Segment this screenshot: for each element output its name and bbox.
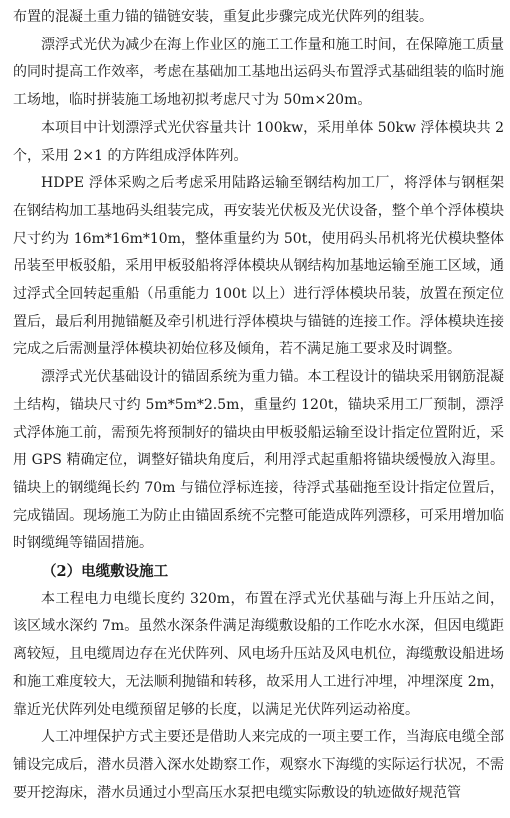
heading-cable-laying-construction: （2）电缆敷设施工 — [13, 558, 504, 586]
paragraph-power-cable-layout: 本工程电力电缆长度约 320m，布置在浮式光伏基础与海上升压站之间，该区域水深约… — [13, 586, 504, 725]
paragraph-hdpe-float-transport-install: HDPE 浮体采购之后考虑采用陆路运输至钢结构加工厂，将浮体与钢框架在钢结构加工… — [13, 170, 504, 364]
paragraph-manual-jet-burial-protection: 人工冲埋保护方式主要还是借助人来完成的一项主要工作，当海底电缆全部铺设完成后，潜… — [13, 724, 504, 807]
paragraph-array-assembly-continuation: 布置的混凝土重力锚的锚链安装，重复此步骤完成光伏阵列的组装。 — [13, 4, 504, 32]
paragraph-temporary-assembly-site: 漂浮式光伏为减少在海上作业区的施工工作量和施工时间，在保障施工质量的同时提高工作… — [13, 32, 504, 115]
document-page: 布置的混凝土重力锚的锚链安装，重复此步骤完成光伏阵列的组装。 漂浮式光伏为减少在… — [0, 0, 510, 818]
paragraph-gravity-anchor-mooring: 漂浮式光伏基础设计的锚固系统为重力锚。本工程设计的锚块采用钢筋混凝土结构，锚块尺… — [13, 364, 504, 558]
paragraph-pv-capacity: 本项目中计划漂浮式光伏容量共计 100kw，采用单体 50kw 浮体模块共 2 … — [13, 115, 504, 170]
